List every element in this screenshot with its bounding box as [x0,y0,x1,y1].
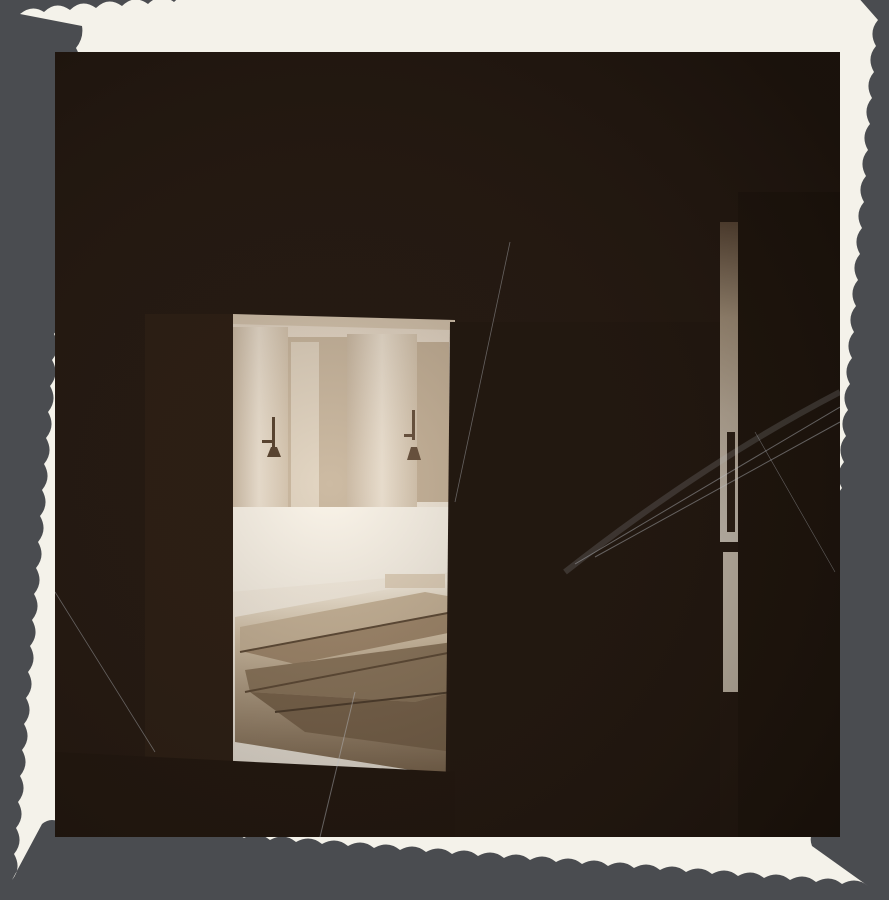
photo-card [0,0,889,900]
photo-print [55,52,840,837]
interior-scene [55,52,840,837]
